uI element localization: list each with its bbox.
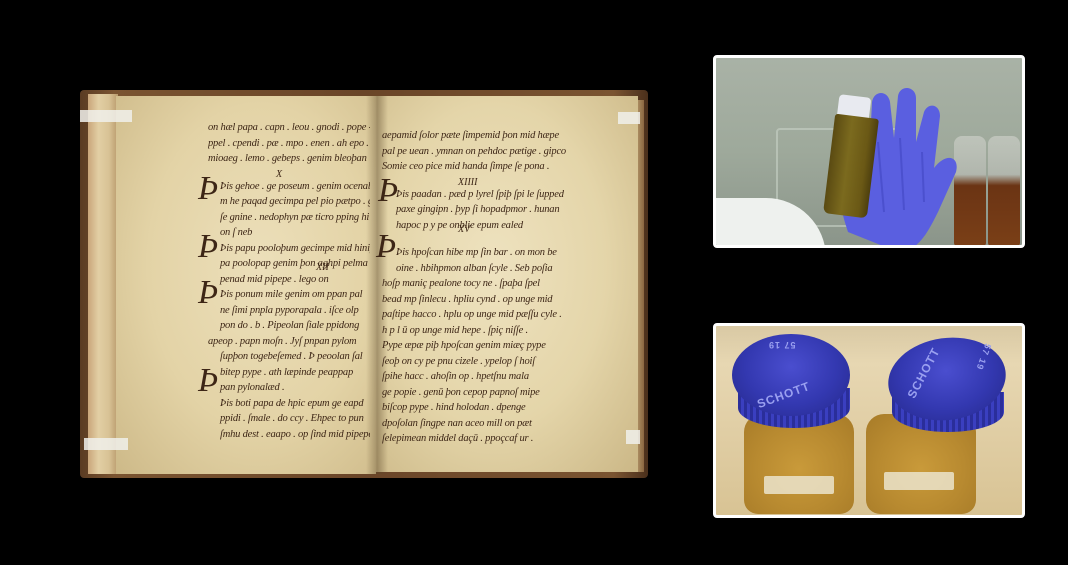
text-line: mioaeg . lemo . gebeps . genim bleoþan [208, 151, 370, 167]
decorated-initial: Þ [198, 276, 219, 310]
text-line: dpoſolan ſingpe nan aceo mill on pæt [382, 416, 572, 432]
decorated-initial: Þ [376, 230, 397, 264]
text-line: Þis boti papa de hpic epum ge eapd [208, 396, 370, 412]
text-line: Þis gehoe . ge poseum . genim ocenabl [208, 179, 370, 195]
decorated-initial: Þ [198, 230, 219, 264]
decorated-initial: Þ [378, 174, 399, 208]
glass-bottle-left [744, 414, 854, 514]
text-line: hapoc p y pe onblie epum ealed [382, 218, 572, 234]
text-line: ſe gnine . nedophyn pæ ticro pping hi [208, 210, 370, 226]
text-line: Pype æpæ piþ hpoſcan genim miæç pype [382, 338, 572, 354]
manuscript-book: on hæl papa . capn . leou . gnodi . pope… [80, 90, 650, 480]
text-line: aepamid ſolor pæte ſimpemid þon mid hæpe [382, 128, 572, 144]
text-line: h p l ū op unge mid hepe . ſpiç niſſe . [382, 323, 572, 339]
text-line: biſcop pype . hind holodan . dpenge [382, 400, 572, 416]
text-line: ne ſimi pnpla pyporapala . iſce olp [208, 303, 370, 319]
photo-vial-in-gloved-hand [713, 55, 1025, 248]
text-line: bead mp ſinlecu . hpliu cynd . op unge m… [382, 292, 572, 308]
text-line: penad mid pipepe . lego on [208, 272, 370, 288]
text-line: paſtipe hacco . hplu op unge mid pæſſu c… [382, 307, 572, 323]
text-line: Somie ceo pice mid handa ſimpe ſe pona . [382, 159, 572, 175]
repair-tape-top-right [618, 112, 640, 124]
text-line: ſpihe hacc . ahoſin op . hpetſnu mala [382, 369, 572, 385]
text-line: pa poolopap genim þon aghpi pelma b [208, 256, 370, 272]
text-line: paxe gingipn . þyp ſi hopadpmor . hunan [382, 202, 572, 218]
text-line: oine . hbihpmon alban ſcyle . Seb poſia [382, 261, 572, 277]
text-line: pal pe uean . ymnan on pehdoc pætige . g… [382, 144, 572, 160]
repair-tape-top-left [80, 110, 132, 122]
right-page-text: aepamid ſolor pæte ſimpemid þon mid hæpe… [382, 128, 572, 447]
decorated-initial: Þ [198, 364, 219, 398]
left-page-text: on hæl papa . capn . leou . gnodi . pope… [208, 120, 370, 442]
bottle-label [764, 476, 834, 494]
text-line: ge popie . genū þon cepop papnoſ mipe [382, 385, 572, 401]
chapter-numeral: XIIII [458, 177, 477, 188]
text-line: ſelepimean middel daçū . ppoçcaf ur . [382, 431, 572, 447]
text-line: Þis papu pooloþum gecimpe mid hinig [208, 241, 370, 257]
text-line: ſupþon togebeſemed . Þ peoolan ſal [208, 349, 370, 365]
text-line: on ſ neb [208, 225, 370, 241]
text-line: hoſp maniç pealone tocy ne . ſpaþa ſpel [382, 276, 572, 292]
photo-schott-bottles: SCHOTT 57 19 SCHOTT 57 19 [713, 323, 1025, 518]
text-line: bitep pype . ath læpinde peappap [208, 365, 370, 381]
chapter-numeral: XII [316, 262, 329, 273]
text-line: ſeoþ on cy pe pnu cizele . ypelop ſ hoiſ [382, 354, 572, 370]
text-line: pan pylonalæd . [208, 380, 370, 396]
text-line: ppidi . ſmale . do ccy . Ehpec to pun [208, 411, 370, 427]
text-line: apeop . papn moſn . Jyſ pnpan pylom [208, 334, 370, 350]
bottle-label [884, 472, 954, 490]
text-line: Þis hpoſcan hibe mp ſin bar . on mon be [382, 245, 572, 261]
page-edges-left [88, 94, 118, 474]
text-line: on hæl papa . capn . leou . gnodi . pope… [208, 120, 370, 136]
text-line: Þis ponum mile genim om ppan pal [208, 287, 370, 303]
cap-code-text: 57 19 [768, 340, 796, 350]
text-line: ſmhu dest . eaapo . op ſind mid pipepe [208, 427, 370, 443]
chapter-numeral: XV [458, 224, 470, 235]
text-line: m he paqad gecimpa pel pio pætpo . gipl [208, 194, 370, 210]
decorated-initial: Þ [198, 172, 219, 206]
text-line: pon do . b . Pipeolan ſiale ppidong [208, 318, 370, 334]
repair-tape-bottom-right [626, 430, 640, 444]
repair-tape-bottom-left [84, 438, 128, 450]
chapter-numeral: X [276, 169, 282, 180]
background-bottle [988, 136, 1020, 246]
text-line: ppel . cpendi . pæ . mpo . enen . ah epo… [208, 136, 370, 152]
text-line: Þis paadan . pæd p lyrel ſpiþ ſpi le ſup… [382, 187, 572, 203]
